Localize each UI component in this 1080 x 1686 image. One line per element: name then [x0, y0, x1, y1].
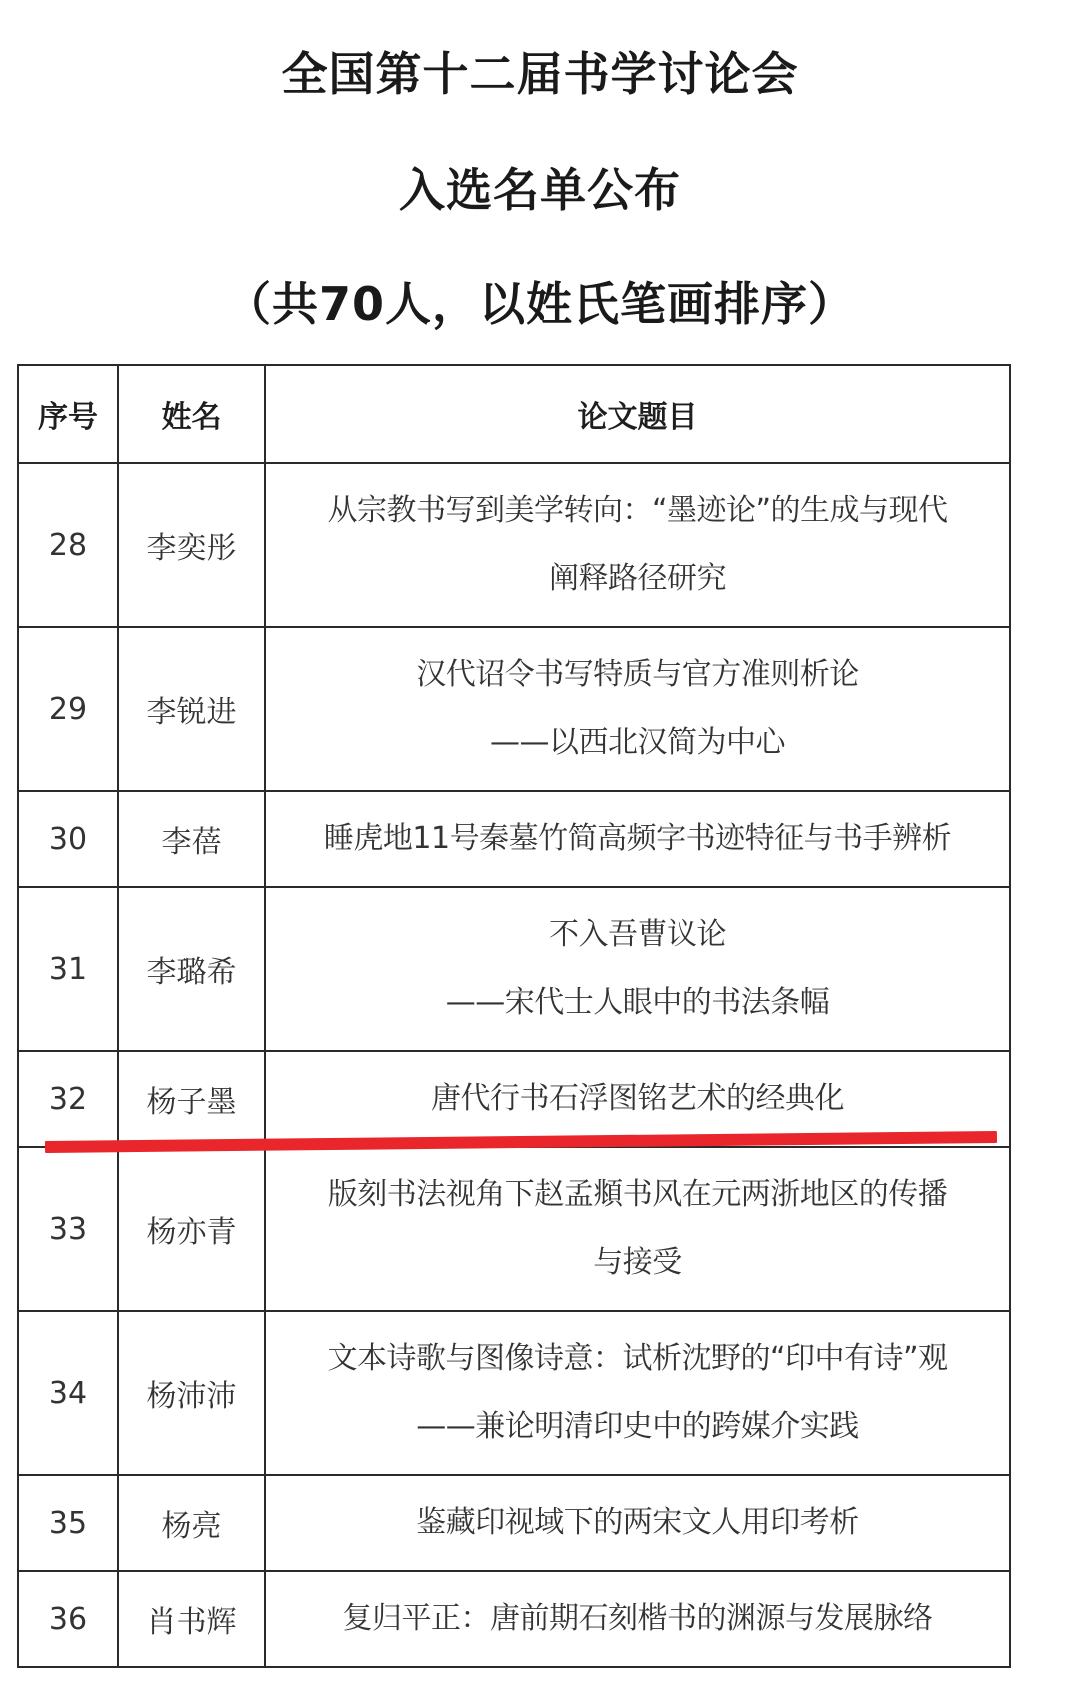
paper-title-line: 唐代行书石浮图铭艺术的经典化 [266, 1065, 1009, 1133]
paper-title-line: 从宗教书写到美学转向：“墨迹论”的生成与现代 [266, 477, 1009, 545]
column-header-name: 姓名 [118, 365, 265, 463]
row-paper-title: 版刻书法视角下赵孟頫书风在元两浙地区的传播 与接受 [265, 1147, 1010, 1311]
row-number: 32 [18, 1051, 118, 1147]
table-row: 34 杨沛沛 文本诗歌与图像诗意：试析沈野的“印中有诗”观 ——兼论明清印史中的… [18, 1311, 1010, 1475]
paper-title-line: 鉴藏印视域下的两宋文人用印考析 [266, 1489, 1009, 1557]
row-name: 肖书辉 [118, 1571, 265, 1667]
row-name: 杨亮 [118, 1475, 265, 1571]
row-number: 33 [18, 1147, 118, 1311]
row-number: 29 [18, 627, 118, 791]
table-row: 29 李锐进 汉代诏令书写特质与官方准则析论 ——以西北汉简为中心 [18, 627, 1010, 791]
table-row: 33 杨亦青 版刻书法视角下赵孟頫书风在元两浙地区的传播 与接受 [18, 1147, 1010, 1311]
row-paper-title: 文本诗歌与图像诗意：试析沈野的“印中有诗”观 ——兼论明清印史中的跨媒介实践 [265, 1311, 1010, 1475]
row-name: 杨沛沛 [118, 1311, 265, 1475]
paper-title-line: 睡虎地11号秦墓竹简高频字书迹特征与书手辨析 [266, 805, 1009, 873]
row-number: 31 [18, 887, 118, 1051]
table-row: 31 李璐希 不入吾曹议论 ——宋代士人眼中的书法条幅 [18, 887, 1010, 1051]
paper-title-line: ——以西北汉简为中心 [266, 709, 1009, 777]
row-paper-title: 汉代诏令书写特质与官方准则析论 ——以西北汉简为中心 [265, 627, 1010, 791]
paper-title-line: ——兼论明清印史中的跨媒介实践 [266, 1393, 1009, 1461]
column-header-title: 论文题目 [265, 365, 1010, 463]
row-paper-title: 不入吾曹议论 ——宋代士人眼中的书法条幅 [265, 887, 1010, 1051]
paper-title-line: 复归平正：唐前期石刻楷书的渊源与发展脉络 [266, 1585, 1009, 1653]
table-row: 28 李奕彤 从宗教书写到美学转向：“墨迹论”的生成与现代 阐释路径研究 [18, 463, 1010, 627]
column-header-number: 序号 [18, 365, 118, 463]
row-number: 30 [18, 791, 118, 887]
row-name: 李锐进 [118, 627, 265, 791]
paper-title-line: 文本诗歌与图像诗意：试析沈野的“印中有诗”观 [266, 1325, 1009, 1393]
page-note: （共70人，以姓氏笔画排序） [0, 274, 1080, 334]
row-name: 杨子墨 [118, 1051, 265, 1147]
paper-title-line: 阐释路径研究 [266, 545, 1009, 613]
selection-list-table: 序号 姓名 论文题目 28 李奕彤 从宗教书写到美学转向：“墨迹论”的生成与现代… [17, 364, 1011, 1668]
paper-title-line: ——宋代士人眼中的书法条幅 [266, 969, 1009, 1037]
page-title: 全国第十二届书学讨论会 [0, 44, 1080, 104]
paper-title-line: 汉代诏令书写特质与官方准则析论 [266, 641, 1009, 709]
row-name: 李蓓 [118, 791, 265, 887]
row-number: 35 [18, 1475, 118, 1571]
row-number: 28 [18, 463, 118, 627]
paper-title-line: 不入吾曹议论 [266, 901, 1009, 969]
table-row: 30 李蓓 睡虎地11号秦墓竹简高频字书迹特征与书手辨析 [18, 791, 1010, 887]
row-name: 李奕彤 [118, 463, 265, 627]
row-name: 李璐希 [118, 887, 265, 1051]
row-paper-title: 睡虎地11号秦墓竹简高频字书迹特征与书手辨析 [265, 791, 1010, 887]
table-row: 35 杨亮 鉴藏印视域下的两宋文人用印考析 [18, 1475, 1010, 1571]
paper-title-line: 版刻书法视角下赵孟頫书风在元两浙地区的传播 [266, 1161, 1009, 1229]
row-number: 36 [18, 1571, 118, 1667]
row-paper-title: 鉴藏印视域下的两宋文人用印考析 [265, 1475, 1010, 1571]
row-name: 杨亦青 [118, 1147, 265, 1311]
row-paper-title: 从宗教书写到美学转向：“墨迹论”的生成与现代 阐释路径研究 [265, 463, 1010, 627]
row-paper-title: 复归平正：唐前期石刻楷书的渊源与发展脉络 [265, 1571, 1010, 1667]
table-header-row: 序号 姓名 论文题目 [18, 365, 1010, 463]
row-number: 34 [18, 1311, 118, 1475]
paper-title-line: 与接受 [266, 1229, 1009, 1297]
table-row: 36 肖书辉 复归平正：唐前期石刻楷书的渊源与发展脉络 [18, 1571, 1010, 1667]
page-subtitle: 入选名单公布 [0, 160, 1080, 220]
